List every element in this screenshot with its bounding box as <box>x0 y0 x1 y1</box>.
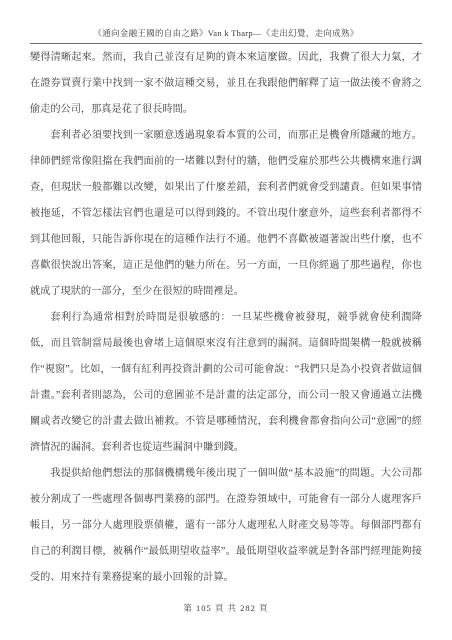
paragraph: 變得清晰起來。然而，我自己並沒有足夠的資本來這麼做。因此，我費了很大力氣，才在證… <box>30 45 422 123</box>
paragraph: 套利行為通常相對於時間是很敏感的：一旦某些機會被發現，競爭就會使利潤降低，而且管… <box>30 305 422 461</box>
page-body: 變得清晰起來。然而，我自己並沒有足夠的資本來這麼做。因此，我費了很大力氣，才在證… <box>30 45 422 591</box>
page-header: 《通向金融王國的自由之路》Van k Tharp—《走出幻覺，走向成熟》 <box>30 27 422 44</box>
document-page: 《通向金融王國的自由之路》Van k Tharp—《走出幻覺，走向成熟》 變得清… <box>0 0 452 640</box>
paragraph: 套利者必須要找到一家願意透過現象看本質的公司，而那正是機會所隱藏的地方。律師們經… <box>30 123 422 305</box>
header-title: 《通向金融王國的自由之路》Van k Tharp—《走出幻覺，走向成熟》 <box>93 28 358 38</box>
page-footer: 第 105 頁 共 282 頁 <box>0 602 452 614</box>
paragraph: 我提供給他們想法的那個機構幾年後出現了一個叫做“基本設施”的問題。大公司都被分割… <box>30 461 422 591</box>
page-number: 第 105 頁 共 282 頁 <box>183 603 268 613</box>
